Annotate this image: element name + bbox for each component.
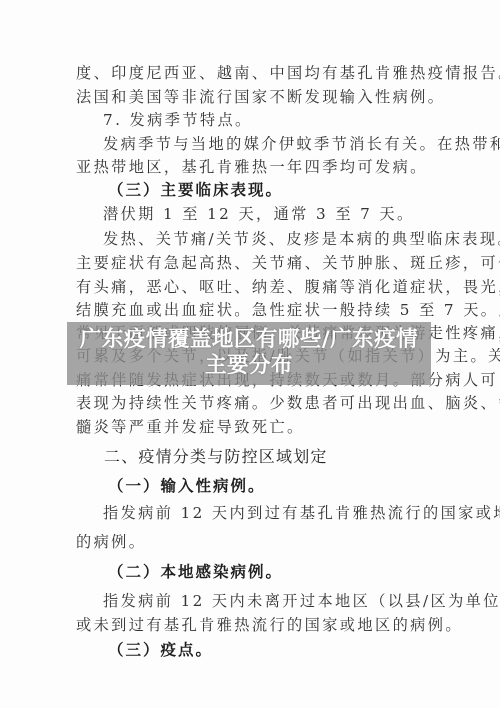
text-line: 髓炎等严重并发症导致死亡。 xyxy=(76,417,305,437)
text-line: 结膜充血或出血症状。急性症状一般持续 5 至 7 天。皮疹 xyxy=(76,300,500,320)
subsection-heading: （二）本地感染病例。 xyxy=(108,562,283,582)
text-line: 的病例。 xyxy=(76,532,146,552)
overlay-title-line1: 广东疫情覆盖地区有哪些/广东疫情 xyxy=(67,327,431,353)
text-line: 表现为持续性关节疼痛。少数患者可出现出血、脑炎、脊 xyxy=(76,393,500,413)
text-line: 7. 发病季节特点。 xyxy=(103,110,253,130)
text-line: 法国和美国等非流行国家不断发现输入性病例。 xyxy=(76,87,445,107)
subsection-heading: （三）疫点。 xyxy=(108,640,213,660)
section-heading: 二、疫情分类与防控区域划定 xyxy=(104,447,328,467)
text-line: 度、印度尼西亚、越南、中国均有基孔肯雅热疫情报告。 xyxy=(76,63,500,83)
subsection-heading: （一）输入性病例。 xyxy=(108,476,266,496)
overlay-title-line2: 主要分布 xyxy=(67,353,431,379)
subsection-heading: （三）主要临床表现。 xyxy=(108,180,283,200)
overlay-title: 广东疫情覆盖地区有哪些/广东疫情 主要分布 xyxy=(67,322,431,379)
text-line: 有头痛，恶心、呕吐、纳差、腹痛等消化道症状，畏光， xyxy=(76,277,500,297)
text-line: 潜伏期 1 至 12 天，通常 3 至 7 天。 xyxy=(103,204,415,224)
text-line: 发热、关节痛/关节炎、皮疹是本病的典型临床表现。 xyxy=(103,229,500,249)
text-line: 指发病前 12 天内到过有基孔肯雅热流行的国家或地区 xyxy=(103,503,500,523)
text-line: 发病季节与当地的媒介伊蚊季节消长有关。在热带和 xyxy=(103,134,500,154)
text-line: 亚热带地区，基孔肯雅热一年四季均可发病。 xyxy=(76,157,428,177)
text-line: 指发病前 12 天内未离开过本地区（以县/区为单位）， xyxy=(103,591,500,611)
text-line: 或未到过有基孔肯雅热流行的国家或地区的病例。 xyxy=(76,615,463,635)
text-line: 主要症状有急起高热、关节痛、关节肿胀、斑丘疹，可伴 xyxy=(76,253,500,273)
